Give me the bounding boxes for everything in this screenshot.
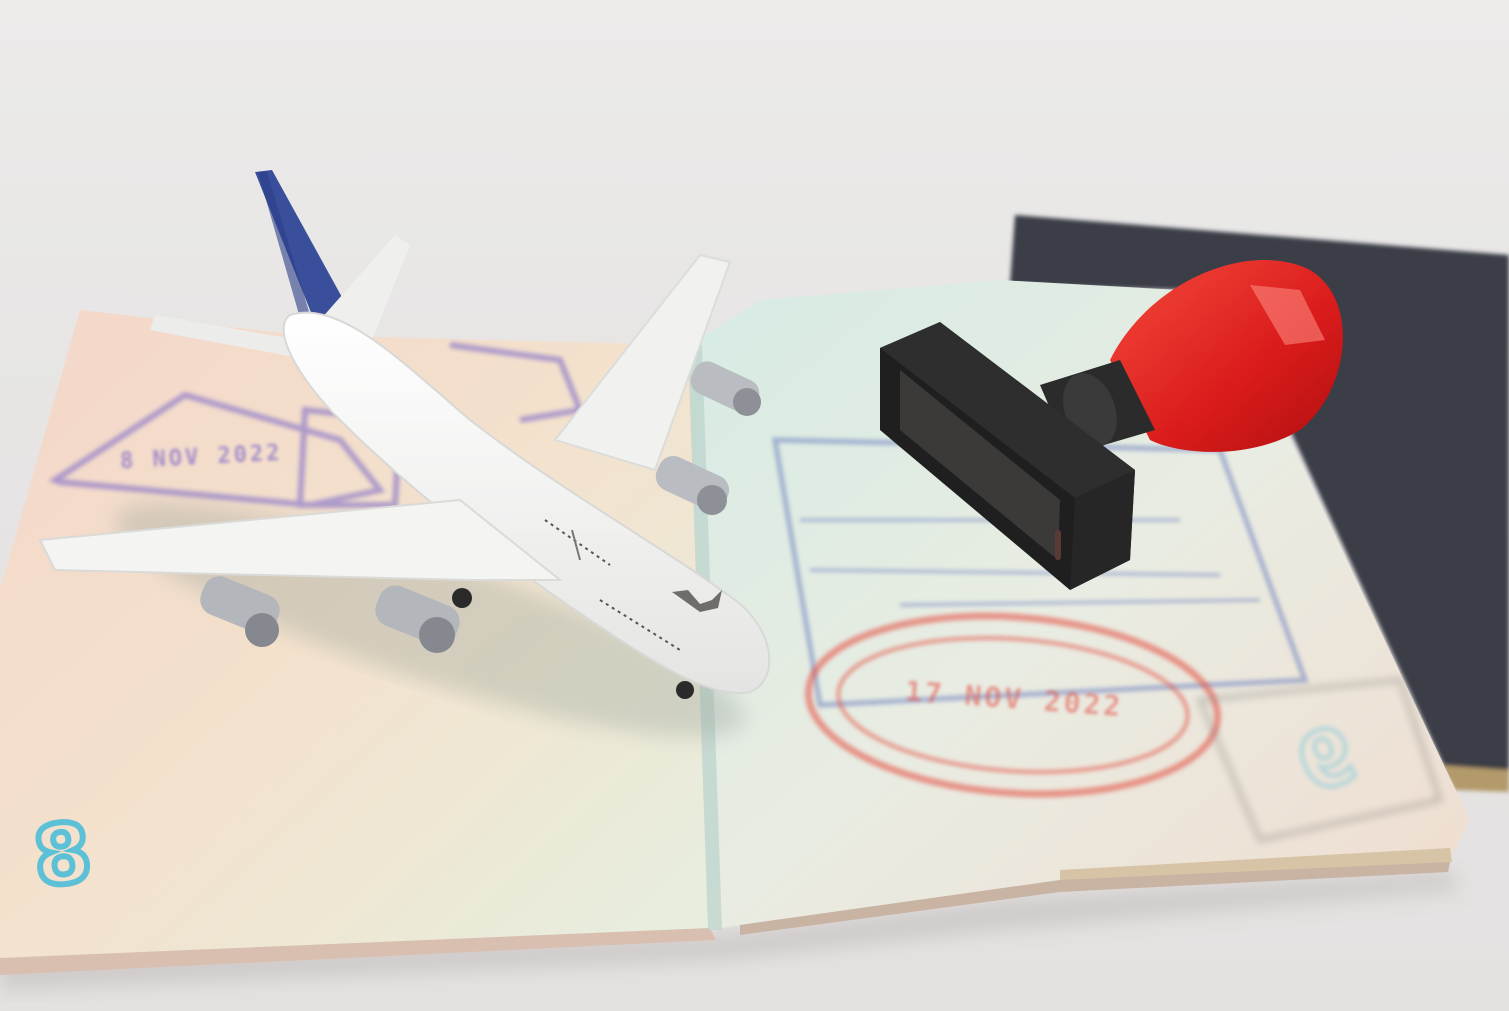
- photo-scene: 8 NOV 2022 17 NOV 2022 8 9: [0, 0, 1509, 1011]
- left-page-number: 8: [30, 812, 95, 900]
- photo-illustration: [0, 0, 1509, 1011]
